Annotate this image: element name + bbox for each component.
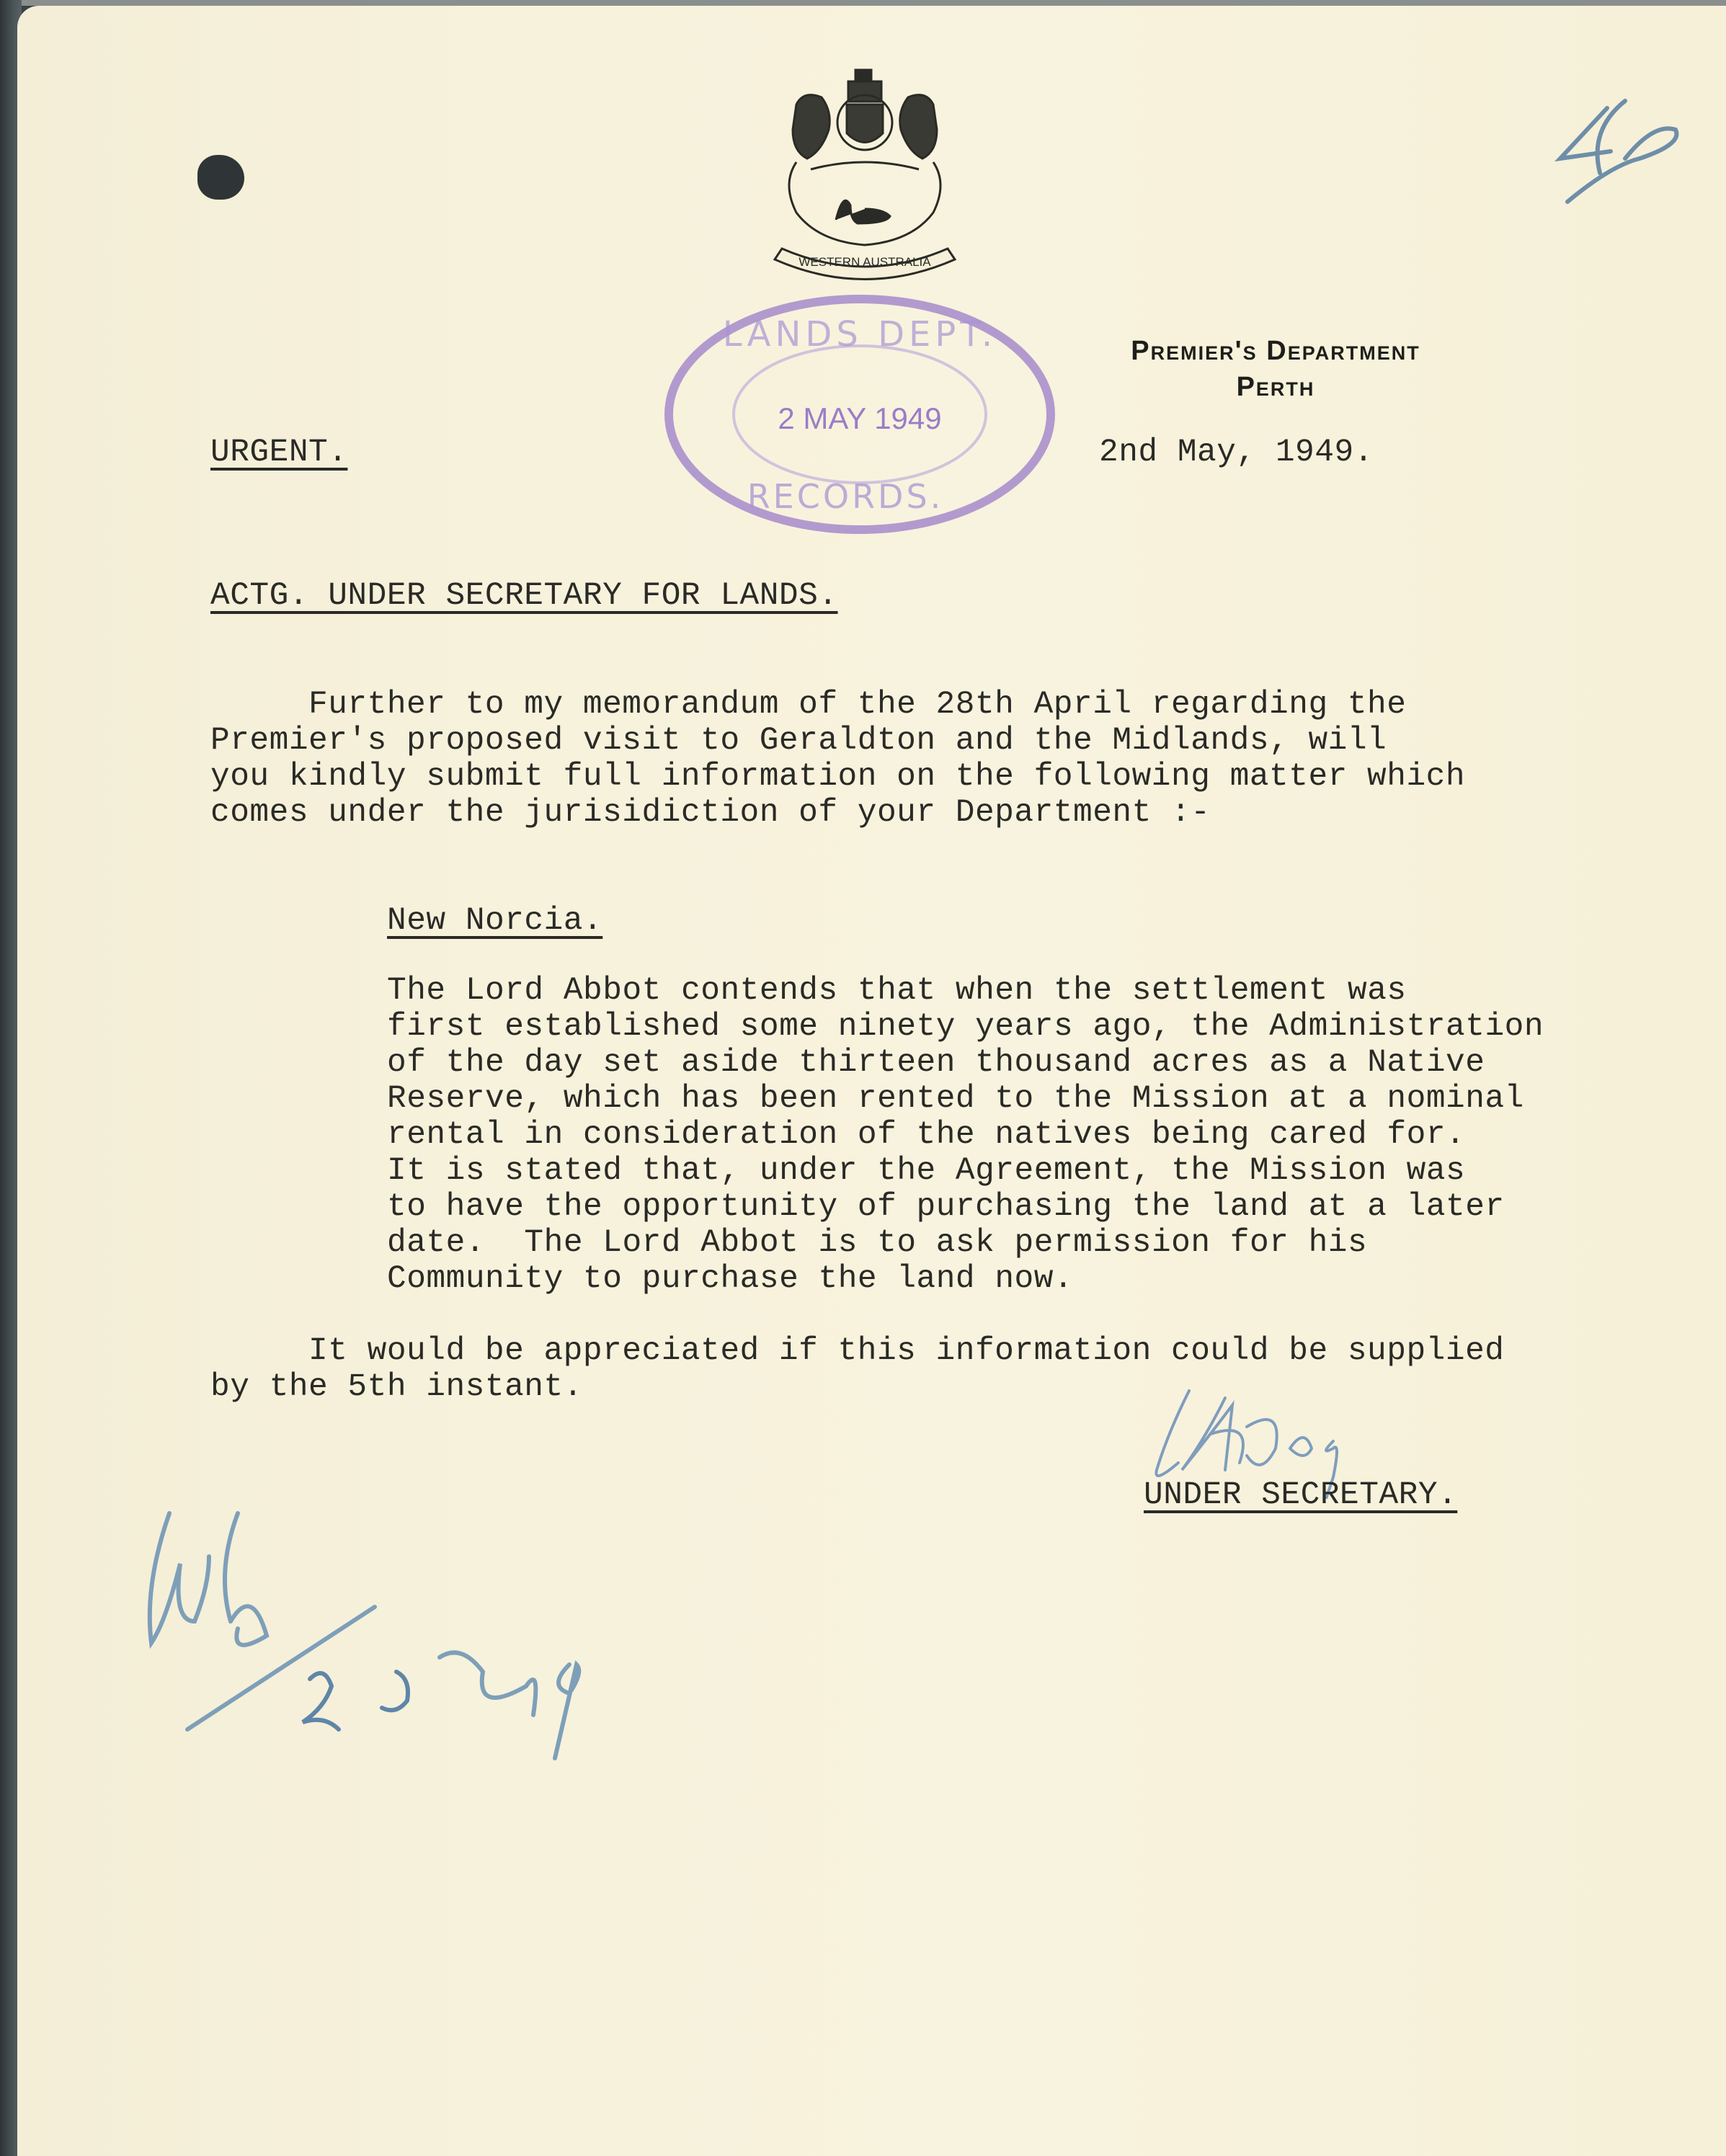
text-line: by the 5th instant.: [210, 1369, 583, 1406]
city-name: Perth: [1067, 369, 1485, 405]
text-line: rental in consideration of the natives b…: [387, 1117, 1465, 1154]
text-line: Premier's proposed visit to Geraldton an…: [210, 723, 1387, 759]
text-line: It would be appreciated if this informat…: [210, 1333, 1505, 1370]
text-line: The Lord Abbot contends that when the se…: [387, 973, 1407, 1010]
text-line: Further to my memorandum of the 28th Apr…: [210, 687, 1406, 723]
svg-text:RECORDS.: RECORDS.: [747, 477, 944, 516]
letterhead: Premier's Department Perth: [1067, 333, 1485, 405]
text-line: of the day set aside thirteen thousand a…: [387, 1045, 1485, 1082]
punch-hole: [197, 155, 244, 200]
svg-text:WESTERN AUSTRALIA: WESTERN AUSTRALIA: [799, 255, 931, 269]
subheading-new-norcia: New Norcia.: [387, 903, 602, 940]
scan-top-edge: [0, 0, 1726, 6]
addressee: ACTG. UNDER SECRETARY FOR LANDS.: [210, 578, 838, 615]
text-line: first established some ninety years ago,…: [387, 1009, 1544, 1046]
letter-date: 2nd May, 1949.: [1099, 435, 1374, 471]
received-stamp: LANDS DEPT. 2 MAY 1949 RECORDS.: [662, 292, 1062, 537]
text-line: Community to purchase the land now.: [387, 1261, 1073, 1298]
text-line: to have the opportunity of purchasing th…: [387, 1189, 1505, 1226]
coat-of-arms-icon: WESTERN AUSTRALIA: [768, 68, 962, 285]
text-line: date. The Lord Abbot is to ask permissio…: [387, 1225, 1367, 1262]
department-name: Premier's Department: [1067, 333, 1485, 369]
svg-text:LANDS DEPT.: LANDS DEPT.: [723, 314, 997, 355]
priority-label: URGENT.: [210, 435, 347, 471]
text-line: It is stated that, under the Agreement, …: [387, 1153, 1465, 1190]
text-line: you kindly submit full information on th…: [210, 759, 1465, 796]
signatory-title: UNDER SECRETARY.: [1144, 1477, 1457, 1514]
pencil-note-annotation: [137, 1499, 713, 1787]
text-line: comes under the jurisidiction of your De…: [210, 795, 1210, 832]
svg-text:2 MAY 1949: 2 MAY 1949: [778, 401, 941, 435]
folio-number-annotation: [1546, 79, 1690, 209]
text-line: Reserve, which has been rented to the Mi…: [387, 1081, 1524, 1118]
